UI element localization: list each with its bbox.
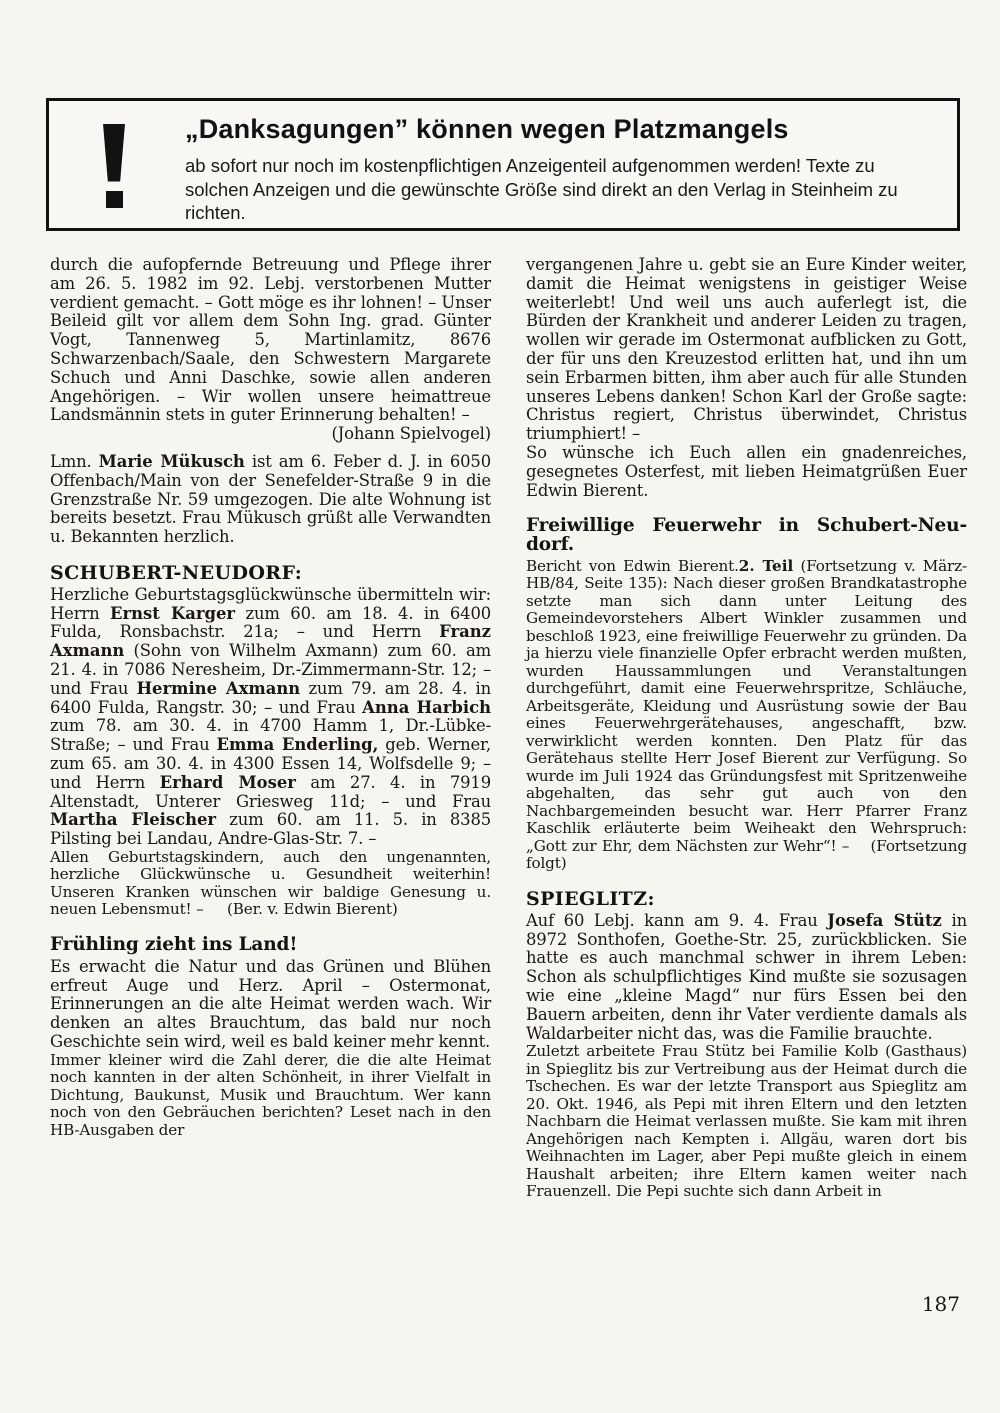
emphasized-name: Martha Fleischer (50, 810, 216, 829)
text-run: in 8972 Sonthofen, Goethe-Str. 25, zurüc… (526, 911, 967, 1043)
notice-title: „Danksagungen” können wegen Platzmangels (185, 114, 911, 145)
paragraph: Es erwacht die Natur und das Grünen und … (50, 958, 491, 1052)
text-run: dorf. (526, 534, 574, 555)
paragraph: Immer kleiner wird die Zahl derer, die d… (50, 1052, 491, 1140)
emphasized-name: Anna Harbich (362, 698, 491, 717)
text-run: vergangenen Jahre u. gebt sie an Eure Ki… (526, 255, 967, 443)
text-run: (Fortsetzung v. März-HB/84, Seite 135): … (526, 557, 967, 873)
exclamation-dot (106, 191, 123, 208)
text-run: Allen Geburtstagskindern, auch den ungen… (50, 848, 491, 919)
notice-box: „Danksagungen” können wegen Platzmangels… (46, 98, 960, 231)
exclamation-stem (103, 124, 125, 182)
paragraph: So wünsche ich Euch allen ein gnadenreic… (526, 444, 967, 500)
section-heading: SPIEGLITZ: (526, 890, 967, 909)
paragraph: Herzliche Geburtstagsglückwünsche übermi… (50, 586, 491, 849)
paragraph: Bericht von Edwin Bierent.2. Teil (Forts… (526, 558, 967, 873)
emphasized-name: Erhard Moser (160, 773, 296, 792)
text-run: Bericht von Edwin Bierent. (526, 557, 739, 575)
text-run: SPIEGLITZ: (526, 888, 655, 910)
byline: (Johann Spielvogel) (50, 425, 491, 444)
newsletter-page: „Danksagungen” können wegen Platzmangels… (0, 0, 1000, 1413)
right-column: vergangenen Jahre u. gebt sie an Eure Ki… (526, 256, 967, 1201)
text-run: Es erwacht die Natur und das Grünen und … (50, 957, 491, 1051)
left-column: durch die aufopfernde Betreuung und Pfle… (50, 256, 491, 1201)
section-heading: SCHUBERT-NEUDORF: (50, 564, 491, 583)
paragraph: Allen Geburtstagskindern, auch den ungen… (50, 849, 491, 919)
text-run: Immer kleiner wird die Zahl derer, die d… (50, 1051, 491, 1139)
section-heading: Frühling zieht ins Land! (50, 936, 491, 955)
page-number: 187 (922, 1292, 960, 1316)
paragraph: Zuletzt arbeitete Frau Stütz bei Familie… (526, 1043, 967, 1201)
exclamation-icon (49, 101, 179, 228)
paragraph: vergangenen Jahre u. gebt sie an Eure Ki… (526, 256, 967, 444)
paragraph: Lmn. Marie Mükusch ist am 6. Feber d. J.… (50, 453, 491, 547)
text-run: Zuletzt arbeitete Frau Stütz bei Familie… (526, 1042, 967, 1200)
text-run: Freiwillige Feuerwehr in Schubert-Neu- (526, 515, 967, 536)
text-run: Frühling zieht ins Land! (50, 934, 297, 955)
emphasized-name: Ernst Karger (110, 604, 235, 623)
text-run: So wünsche ich Euch allen ein gnadenreic… (526, 443, 967, 500)
emphasized-name: 2. Teil (739, 557, 793, 575)
article-columns: durch die aufopfernde Betreuung und Pfle… (50, 256, 967, 1201)
emphasized-name: Josefa Stütz (827, 911, 942, 930)
emphasized-name: Marie Mükusch (99, 452, 245, 471)
text-run: Lmn. (50, 452, 99, 471)
emphasized-name: Hermine Axmann (137, 679, 301, 698)
section-heading: Freiwillige Feuerwehr in Schubert-Neu-do… (526, 517, 967, 555)
text-run: SCHUBERT-NEUDORF: (50, 562, 302, 584)
text-run: Auf 60 Lebj. kann am 9. 4. Frau (526, 911, 827, 930)
paragraph: Auf 60 Lebj. kann am 9. 4. Frau Josefa S… (526, 912, 967, 1044)
text-run: durch die aufopfernde Betreuung und Pfle… (50, 255, 491, 424)
paragraph: durch die aufopfernde Betreuung und Pfle… (50, 256, 491, 425)
emphasized-name: Emma Enderling, (216, 735, 378, 754)
notice-body: ab sofort nur noch im kostenpflichtigen … (185, 154, 911, 225)
text-run: (Johann Spielvogel) (332, 424, 492, 443)
notice-content: „Danksagungen” können wegen Platzmangels… (179, 101, 957, 228)
